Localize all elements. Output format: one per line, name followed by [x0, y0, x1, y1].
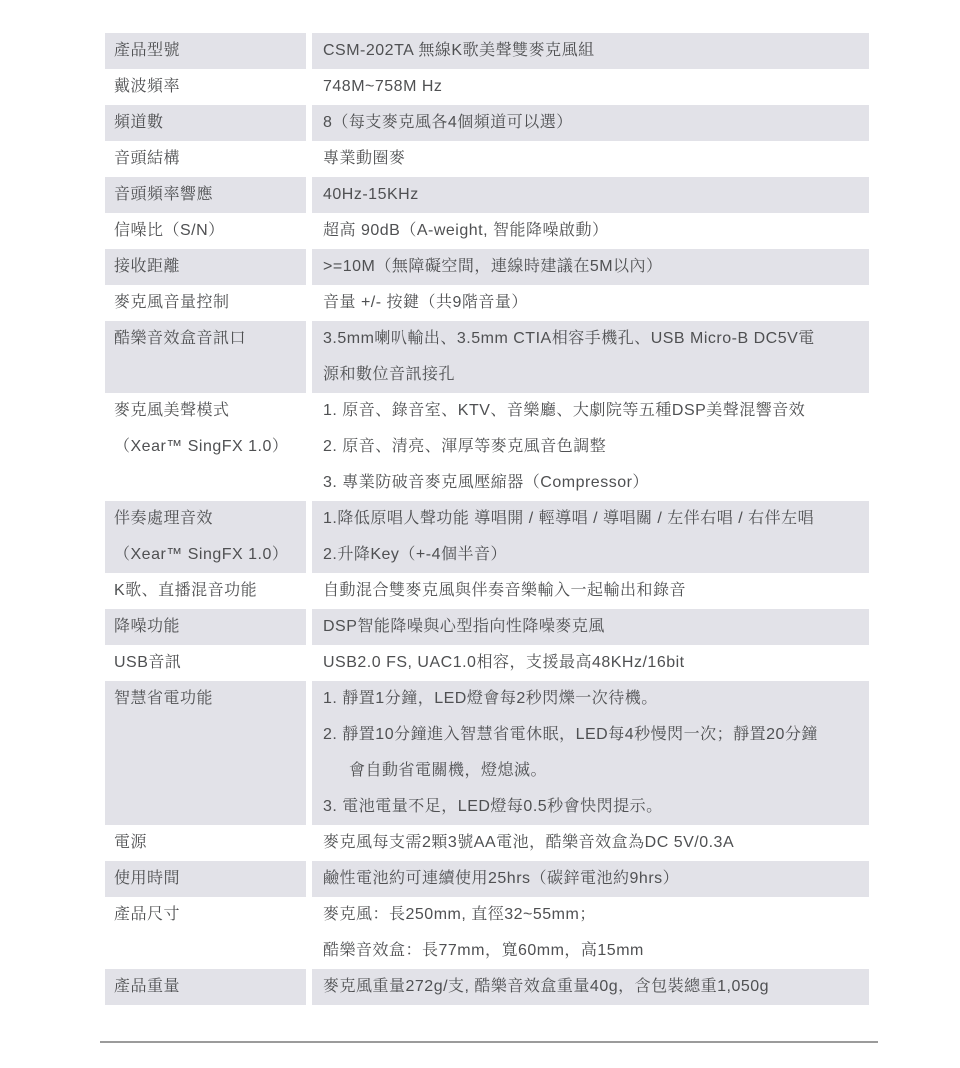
spec-value-text: 3.5mm喇叭輸出、3.5mm CTIA相容手機孔、USB Micro-B DC… — [323, 321, 869, 357]
spec-label: 智慧省電功能 — [105, 681, 306, 825]
spec-label: 麥克風美聲模式（Xear™ SingFX 1.0） — [105, 393, 306, 501]
spec-value: 40Hz-15KHz — [312, 177, 869, 213]
spec-label: 戴波頻率 — [105, 69, 306, 105]
spec-value-text: 3. 電池電量不足，LED燈每0.5秒會快閃提示。 — [323, 789, 869, 825]
spec-value-text: 麥克風：長250mm, 直徑32~55mm； — [323, 897, 869, 933]
spec-label-text: 降噪功能 — [114, 609, 306, 645]
spec-label-text: 麥克風美聲模式 — [114, 393, 306, 429]
spec-row: 音頭頻率響應 40Hz-15KHz — [105, 177, 869, 213]
spec-row: 降噪功能 DSP智能降噪與心型指向性降噪麥克風 — [105, 609, 869, 645]
spec-value-text: 2. 靜置10分鐘進入智慧省電休眠，LED每4秒慢閃一次；靜置20分鐘 — [323, 717, 869, 753]
spec-value-text: 會自動省電關機，燈熄滅。 — [323, 753, 869, 789]
spec-value: 748M~758M Hz — [312, 69, 869, 105]
spec-row: 使用時間 鹼性電池約可連續使用25hrs（碳鋅電池約9hrs） — [105, 861, 869, 897]
spec-row: 產品尺寸 麥克風：長250mm, 直徑32~55mm；酷樂音效盒：長77mm，寬… — [105, 897, 869, 969]
spec-label: 音頭頻率響應 — [105, 177, 306, 213]
spec-value: >=10M（無障礙空間，連線時建議在5M以內） — [312, 249, 869, 285]
spec-value-text: USB2.0 FS, UAC1.0相容，支援最高48KHz/16bit — [323, 645, 869, 681]
spec-value-text: CSM-202TA 無線K歌美聲雙麥克風組 — [323, 33, 869, 69]
spec-value: 鹼性電池約可連續使用25hrs（碳鋅電池約9hrs） — [312, 861, 869, 897]
spec-label-text: 電源 — [114, 825, 306, 861]
spec-value: 8（每支麥克風各4個頻道可以選） — [312, 105, 869, 141]
spec-label: 音頭結構 — [105, 141, 306, 177]
spec-row: 產品型號 CSM-202TA 無線K歌美聲雙麥克風組 — [105, 33, 869, 69]
spec-value-text: 專業動圈麥 — [323, 141, 869, 177]
spec-row: 音頭結構 專業動圈麥 — [105, 141, 869, 177]
spec-label: USB音訊 — [105, 645, 306, 681]
spec-label: 麥克風音量控制 — [105, 285, 306, 321]
spec-label-text: 產品重量 — [114, 969, 306, 1005]
spec-value-text: 1. 靜置1分鐘，LED燈會每2秒閃爍一次待機。 — [323, 681, 869, 717]
spec-value-text: 40Hz-15KHz — [323, 177, 869, 213]
spec-value-text: 8（每支麥克風各4個頻道可以選） — [323, 105, 869, 141]
spec-label-text: 頻道數 — [114, 105, 306, 141]
spec-label: 使用時間 — [105, 861, 306, 897]
spec-label: 接收距離 — [105, 249, 306, 285]
spec-value-text: 2.升降Key（+-4個半音） — [323, 537, 869, 573]
spec-value: 專業動圈麥 — [312, 141, 869, 177]
spec-value: 3.5mm喇叭輸出、3.5mm CTIA相容手機孔、USB Micro-B DC… — [312, 321, 869, 393]
spec-table: 產品型號 CSM-202TA 無線K歌美聲雙麥克風組 戴波頻率 748M~758… — [105, 33, 869, 1005]
spec-label-text: 產品尺寸 — [114, 897, 306, 933]
spec-row: 產品重量 麥克風重量272g/支, 酷樂音效盒重量40g，含包裝總重1,050g — [105, 969, 869, 1005]
spec-value: 超高 90dB（A-weight, 智能降噪啟動） — [312, 213, 869, 249]
spec-row: 酷樂音效盒音訊口 3.5mm喇叭輸出、3.5mm CTIA相容手機孔、USB M… — [105, 321, 869, 393]
spec-row: 伴奏處理音效（Xear™ SingFX 1.0） 1.降低原唱人聲功能 導唱開 … — [105, 501, 869, 573]
spec-value-text: 音量 +/- 按鍵（共9階音量） — [323, 285, 869, 321]
spec-label: 產品重量 — [105, 969, 306, 1005]
spec-row: 信噪比（S/N） 超高 90dB（A-weight, 智能降噪啟動） — [105, 213, 869, 249]
spec-value: 麥克風重量272g/支, 酷樂音效盒重量40g，含包裝總重1,050g — [312, 969, 869, 1005]
spec-value-text: 麥克風每支需2顆3號AA電池，酷樂音效盒為DC 5V/0.3A — [323, 825, 869, 861]
spec-value: 音量 +/- 按鍵（共9階音量） — [312, 285, 869, 321]
bottom-divider — [100, 1041, 878, 1043]
spec-value: DSP智能降噪與心型指向性降噪麥克風 — [312, 609, 869, 645]
spec-row: 智慧省電功能 1. 靜置1分鐘，LED燈會每2秒閃爍一次待機。2. 靜置10分鐘… — [105, 681, 869, 825]
spec-value-text: 3. 專業防破音麥克風壓縮器（Compressor） — [323, 465, 869, 501]
spec-row: 戴波頻率 748M~758M Hz — [105, 69, 869, 105]
spec-label-text: 接收距離 — [114, 249, 306, 285]
spec-row: K歌、直播混音功能 自動混合雙麥克風與伴奏音樂輸入一起輸出和錄音 — [105, 573, 869, 609]
spec-row: USB音訊 USB2.0 FS, UAC1.0相容，支援最高48KHz/16bi… — [105, 645, 869, 681]
spec-value-text: 酷樂音效盒：長77mm，寬60mm，高15mm — [323, 933, 869, 969]
spec-value: USB2.0 FS, UAC1.0相容，支援最高48KHz/16bit — [312, 645, 869, 681]
spec-label: 產品型號 — [105, 33, 306, 69]
spec-label: 降噪功能 — [105, 609, 306, 645]
spec-value-text: >=10M（無障礙空間，連線時建議在5M以內） — [323, 249, 869, 285]
spec-row: 電源 麥克風每支需2顆3號AA電池，酷樂音效盒為DC 5V/0.3A — [105, 825, 869, 861]
spec-label-text: 戴波頻率 — [114, 69, 306, 105]
spec-value-text: 1.降低原唱人聲功能 導唱開 / 輕導唱 / 導唱關 / 左伴右唱 / 右伴左唱 — [323, 501, 869, 537]
spec-label: 產品尺寸 — [105, 897, 306, 969]
spec-label-text: 音頭結構 — [114, 141, 306, 177]
spec-label-text: （Xear™ SingFX 1.0） — [114, 537, 306, 573]
spec-value-text: 2. 原音、清亮、渾厚等麥克風音色調整 — [323, 429, 869, 465]
spec-value-text: 超高 90dB（A-weight, 智能降噪啟動） — [323, 213, 869, 249]
spec-label-text: 音頭頻率響應 — [114, 177, 306, 213]
spec-value-text: 748M~758M Hz — [323, 69, 869, 105]
spec-value: 1. 靜置1分鐘，LED燈會每2秒閃爍一次待機。2. 靜置10分鐘進入智慧省電休… — [312, 681, 869, 825]
spec-label-text: 麥克風音量控制 — [114, 285, 306, 321]
spec-value: 麥克風：長250mm, 直徑32~55mm；酷樂音效盒：長77mm，寬60mm，… — [312, 897, 869, 969]
spec-label: 頻道數 — [105, 105, 306, 141]
spec-value: CSM-202TA 無線K歌美聲雙麥克風組 — [312, 33, 869, 69]
spec-value: 1. 原音、錄音室、KTV、音樂廳、大劇院等五種DSP美聲混響音效2. 原音、清… — [312, 393, 869, 501]
spec-label-text: 酷樂音效盒音訊口 — [114, 321, 306, 357]
spec-value-text: 源和數位音訊接孔 — [323, 357, 869, 393]
spec-row: 麥克風美聲模式（Xear™ SingFX 1.0） 1. 原音、錄音室、KTV、… — [105, 393, 869, 501]
spec-label-text: 伴奏處理音效 — [114, 501, 306, 537]
spec-row: 頻道數 8（每支麥克風各4個頻道可以選） — [105, 105, 869, 141]
spec-label-text: USB音訊 — [114, 645, 306, 681]
spec-label-text: 使用時間 — [114, 861, 306, 897]
spec-label-text: 產品型號 — [114, 33, 306, 69]
spec-value-text: 鹼性電池約可連續使用25hrs（碳鋅電池約9hrs） — [323, 861, 869, 897]
spec-row: 接收距離 >=10M（無障礙空間，連線時建議在5M以內） — [105, 249, 869, 285]
spec-value: 麥克風每支需2顆3號AA電池，酷樂音效盒為DC 5V/0.3A — [312, 825, 869, 861]
spec-label: K歌、直播混音功能 — [105, 573, 306, 609]
spec-label-text: 信噪比（S/N） — [114, 213, 306, 249]
spec-value: 1.降低原唱人聲功能 導唱開 / 輕導唱 / 導唱關 / 左伴右唱 / 右伴左唱… — [312, 501, 869, 573]
spec-value-text: 1. 原音、錄音室、KTV、音樂廳、大劇院等五種DSP美聲混響音效 — [323, 393, 869, 429]
spec-label: 酷樂音效盒音訊口 — [105, 321, 306, 393]
spec-label: 信噪比（S/N） — [105, 213, 306, 249]
spec-row: 麥克風音量控制 音量 +/- 按鍵（共9階音量） — [105, 285, 869, 321]
spec-label-text: （Xear™ SingFX 1.0） — [114, 429, 306, 465]
spec-value-text: DSP智能降噪與心型指向性降噪麥克風 — [323, 609, 869, 645]
spec-value: 自動混合雙麥克風與伴奏音樂輸入一起輸出和錄音 — [312, 573, 869, 609]
spec-label: 伴奏處理音效（Xear™ SingFX 1.0） — [105, 501, 306, 573]
spec-label: 電源 — [105, 825, 306, 861]
spec-value-text: 自動混合雙麥克風與伴奏音樂輸入一起輸出和錄音 — [323, 573, 869, 609]
spec-value-text: 麥克風重量272g/支, 酷樂音效盒重量40g，含包裝總重1,050g — [323, 969, 869, 1005]
spec-label-text: K歌、直播混音功能 — [114, 573, 306, 609]
spec-label-text: 智慧省電功能 — [114, 681, 306, 717]
